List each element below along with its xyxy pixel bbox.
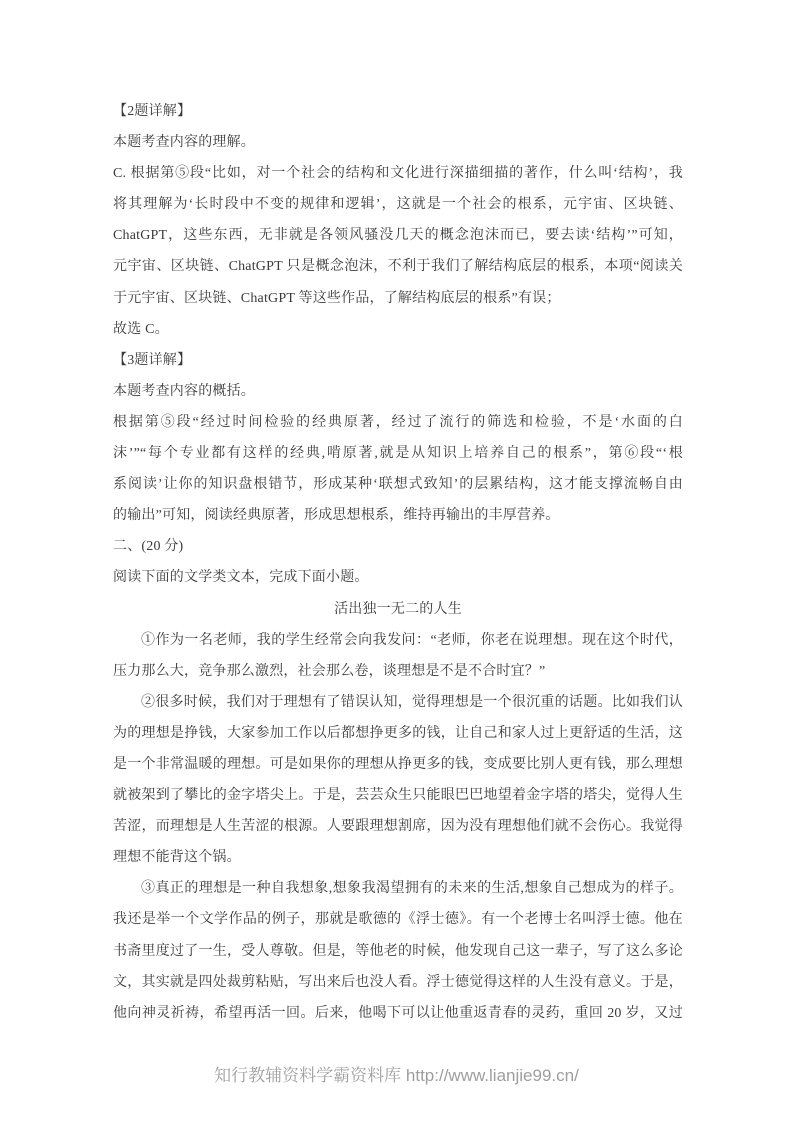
text-line: 就被架到了攀比的金字塔尖上。于是，芸芸众生只能眼巴巴地望着金字塔的塔尖，觉得人生: [113, 780, 683, 811]
text-line: 系阅读’让你的知识盘根错节，形成某种‘联想式致知’的层累结构，这才能支撑流畅自由: [113, 469, 683, 500]
section-2-heading: 二、(20 分): [113, 531, 683, 562]
answer-line: 故选 C。: [113, 314, 683, 345]
article-title: 活出独一无二的人生: [113, 594, 683, 625]
text-line: 我还是举一个文学作品的例子，那就是歌德的《浮士德》。有一个老博士名叫浮士德。他在: [113, 904, 683, 935]
footer-watermark: 知行教辅资料学霸资料库 http://www.lianjie99.cn/: [0, 1063, 793, 1089]
text-line: 于元宇宙、区块链、ChatGPT 等这些作品，了解结构底层的根系”有误；: [113, 283, 683, 314]
text-line: ①作为一名老师，我的学生经常会向我发问：“老师，你老在说理想。现在这个时代，: [113, 625, 683, 656]
text-line: 书斋里度过了一生，受人尊敬。但是，等他老的时候，他发现自己这一辈子，写了这么多论: [113, 936, 683, 967]
text-line: 理想不能背这个锅。: [113, 842, 683, 873]
text-line: 根据第⑤段“经过时间检验的经典原著，经过了流行的筛选和检验，不是‘水面的白: [113, 407, 683, 438]
explanation-2-heading: 【2题详解】: [113, 96, 683, 127]
footer-text: 知行教辅资料学霸资料库 http://www.lianjie99.cn/: [214, 1066, 579, 1085]
explanation-3-heading: 【3题详解】: [113, 345, 683, 376]
text-line: 是一个非常温暖的理想。可是如果你的理想从挣更多的钱，变成要比别人更有钱，那么理想: [113, 749, 683, 780]
text-line: 本题考查内容的理解。: [113, 127, 683, 158]
text-line: ChatGPT，这些东西，无非就是各领风骚没几天的概念泡沫而已，要去读‘结构’”…: [113, 220, 683, 251]
text-line: ②很多时候，我们对于理想有了错误认知，觉得理想是一个很沉重的话题。比如我们认: [113, 687, 683, 718]
text-line: 文，其实就是四处裁剪粘贴，写出来后也没人看。浮士德觉得这样的人生没有意义。于是，: [113, 967, 683, 998]
text-line: 苦涩，而理想是人生苦涩的根源。人要跟理想割席，因为没有理想他们就不会伤心。我觉得: [113, 811, 683, 842]
text-line: 为的理想是挣钱，大家参加工作以后都想挣更多的钱，让自己和家人过上更舒适的生活，这: [113, 718, 683, 749]
document-text-block: 【2题详解】本题考查内容的理解。C. 根据第⑤段“比如，对一个社会的结构和文化进…: [113, 96, 683, 1029]
instruction-line: 阅读下面的文学类文本，完成下面小题。: [113, 562, 683, 593]
text-line: 沫’”“每个专业都有这样的经典,啃原著,就是从知识上培养自己的根系”，第⑥段“‘…: [113, 438, 683, 469]
text-line: 元宇宙、区块链、ChatGPT 只是概念泡沫，不利于我们了解结构底层的根系，本项…: [113, 251, 683, 282]
text-line: ③真正的理想是一种自我想象,想象我渴望拥有的未来的生活,想象自己想成为的样子。: [113, 873, 683, 904]
document-page: 【2题详解】本题考查内容的理解。C. 根据第⑤段“比如，对一个社会的结构和文化进…: [0, 0, 793, 1122]
text-line: C. 根据第⑤段“比如，对一个社会的结构和文化进行深描细描的著作，什么叫‘结构’…: [113, 158, 683, 189]
text-line: 本题考查内容的概括。: [113, 376, 683, 407]
text-line: 他向神灵祈祷，希望再活一回。后来，他喝下可以让他重返青春的灵药，重回 20 岁，…: [113, 998, 683, 1029]
text-line: 压力那么大，竞争那么激烈，社会那么卷，谈理想是不是不合时宜？”: [113, 656, 683, 687]
text-line: 的输出”可知，阅读经典原著，形成思想根系，维持再输出的丰厚营养。: [113, 500, 683, 531]
text-line: 将其理解为‘长时段中不变的规律和逻辑’，这就是一个社会的根系，元宇宙、区块链、: [113, 189, 683, 220]
